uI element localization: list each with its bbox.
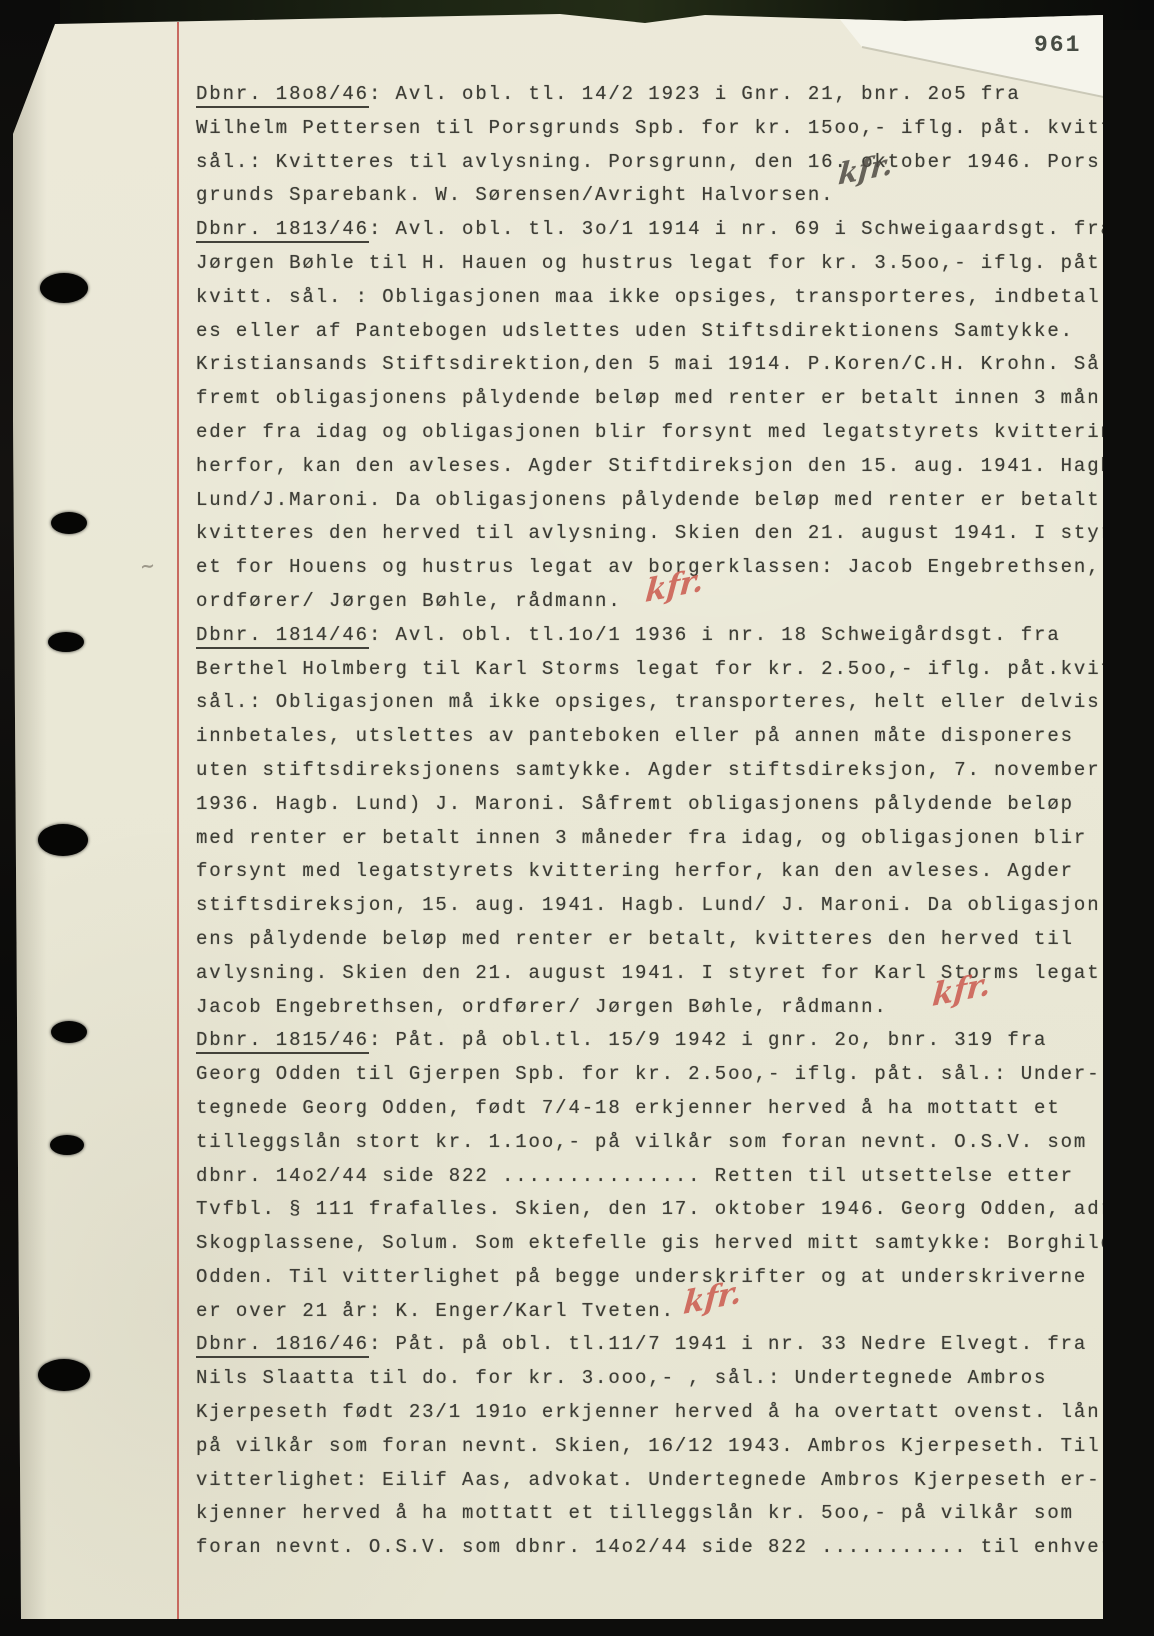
registry-line: kvitteres den herved til avlysning. Skie… (196, 517, 1131, 551)
registry-line: grunds Sparebank. W. Sørensen/Avright Ha… (196, 179, 1131, 213)
punch-hole (38, 824, 88, 856)
punch-hole (51, 512, 87, 534)
registry-line: Kristiansands Stiftsdirektion,den 5 mai … (196, 348, 1131, 382)
registry-line: tegnede Georg Odden, født 7/4-18 erkjenn… (196, 1092, 1131, 1126)
registry-line: Kjerpeseth født 23/1 191o erkjenner herv… (196, 1396, 1131, 1430)
registry-line: foran nevnt. O.S.V. som dbnr. 14o2/44 si… (196, 1531, 1131, 1565)
registry-line: herfor, kan den avleses. Agder Stiftdire… (196, 450, 1131, 484)
registry-line: vitterlighet: Eilif Aas, advokat. Undert… (196, 1464, 1131, 1498)
registry-line: forsynt med legatstyrets kvittering herf… (196, 855, 1131, 889)
punch-hole (38, 1359, 90, 1391)
scanned-register-page: 961 Dbnr. 18o8/46: Avl. obl. tl. 14/2 19… (0, 0, 1154, 1636)
registry-line: Wilhelm Pettersen til Porsgrunds Spb. fo… (196, 112, 1131, 146)
registry-line: sål.: Obligasjonen må ikke opsiges, tran… (196, 686, 1131, 720)
registry-line: ens pålydende beløp med renter er betalt… (196, 923, 1131, 957)
red-margin-line (177, 22, 179, 1619)
typewritten-text: Dbnr. 18o8/46: Avl. obl. tl. 14/2 1923 i… (196, 78, 1131, 1565)
punch-hole (50, 1135, 84, 1155)
registry-line: stiftsdireksjon, 15. aug. 1941. Hagb. Lu… (196, 889, 1131, 923)
registry-line: tilleggslån stort kr. 1.1oo,- på vilkår … (196, 1126, 1131, 1160)
registry-line: Berthel Holmberg til Karl Storms legat f… (196, 653, 1131, 687)
registry-line: Dbnr. 1814/46: Avl. obl. tl.1o/1 1936 i … (196, 619, 1131, 653)
registry-line: Jacob Engebrethsen, ordfører/ Jørgen Bøh… (196, 991, 1131, 1025)
registry-line: innbetales, utslettes av panteboken elle… (196, 720, 1131, 754)
registry-line: Odden. Til vitterlighet på begge undersk… (196, 1261, 1131, 1295)
registry-line: Dbnr. 1813/46: Avl. obl. tl. 3o/1 1914 i… (196, 213, 1131, 247)
registry-line: sål.: Kvitteres til avlysning. Porsgrunn… (196, 146, 1131, 180)
registry-line: Tvfbl. § 111 frafalles. Skien, den 17. o… (196, 1193, 1131, 1227)
registry-line: dbnr. 14o2/44 side 822 ............... R… (196, 1160, 1131, 1194)
punch-hole (48, 632, 84, 652)
registry-line: Jørgen Bøhle til H. Hauen og hustrus leg… (196, 247, 1131, 281)
registry-line: på vilkår som foran nevnt. Skien, 16/12 … (196, 1430, 1131, 1464)
entry-ref: Dbnr. 1815/46 (196, 1029, 369, 1054)
entry-ref: Dbnr. 1813/46 (196, 218, 369, 243)
registry-line: Georg Odden til Gjerpen Spb. for kr. 2.5… (196, 1058, 1131, 1092)
registry-line: kjenner herved å ha mottatt et tilleggsl… (196, 1497, 1131, 1531)
page-number: 961 (1034, 32, 1081, 58)
registry-line: uten stiftsdireksjonens samtykke. Agder … (196, 754, 1131, 788)
registry-line: Dbnr. 1815/46: Påt. på obl.tl. 15/9 1942… (196, 1024, 1131, 1058)
registry-line: Nils Slaatta til do. for kr. 3.ooo,- , s… (196, 1362, 1131, 1396)
entry-ref: Dbnr. 18o8/46 (196, 83, 369, 108)
registry-line: eder fra idag og obligasjonen blir forsy… (196, 416, 1131, 450)
registry-line: kvitt. sål. : Obligasjonen maa ikke opsi… (196, 281, 1131, 315)
entry-ref: Dbnr. 1816/46 (196, 1333, 369, 1358)
registry-line: med renter er betalt innen 3 måneder fra… (196, 822, 1131, 856)
registry-line: Dbnr. 18o8/46: Avl. obl. tl. 14/2 1923 i… (196, 78, 1131, 112)
registry-line: es eller af Pantebogen udslettes uden St… (196, 315, 1131, 349)
paper-sheet: 961 Dbnr. 18o8/46: Avl. obl. tl. 14/2 19… (0, 0, 1154, 1636)
entry-ref: Dbnr. 1814/46 (196, 624, 369, 649)
registry-line: Lund/J.Maroni. Da obligasjonens pålydend… (196, 484, 1131, 518)
registry-line: Dbnr. 1816/46: Påt. på obl. tl.11/7 1941… (196, 1328, 1131, 1362)
registry-line: Skogplassene, Solum. Som ektefelle gis h… (196, 1227, 1131, 1261)
punch-hole (40, 273, 88, 303)
registry-line: 1936. Hagb. Lund) J. Maroni. Såfremt obl… (196, 788, 1131, 822)
registry-line: er over 21 år: K. Enger/Karl Tveten. (196, 1295, 1131, 1329)
handwritten-mark: ~ (139, 555, 156, 577)
registry-line: fremt obligasjonens pålydende beløp med … (196, 382, 1131, 416)
punch-hole (51, 1021, 87, 1043)
